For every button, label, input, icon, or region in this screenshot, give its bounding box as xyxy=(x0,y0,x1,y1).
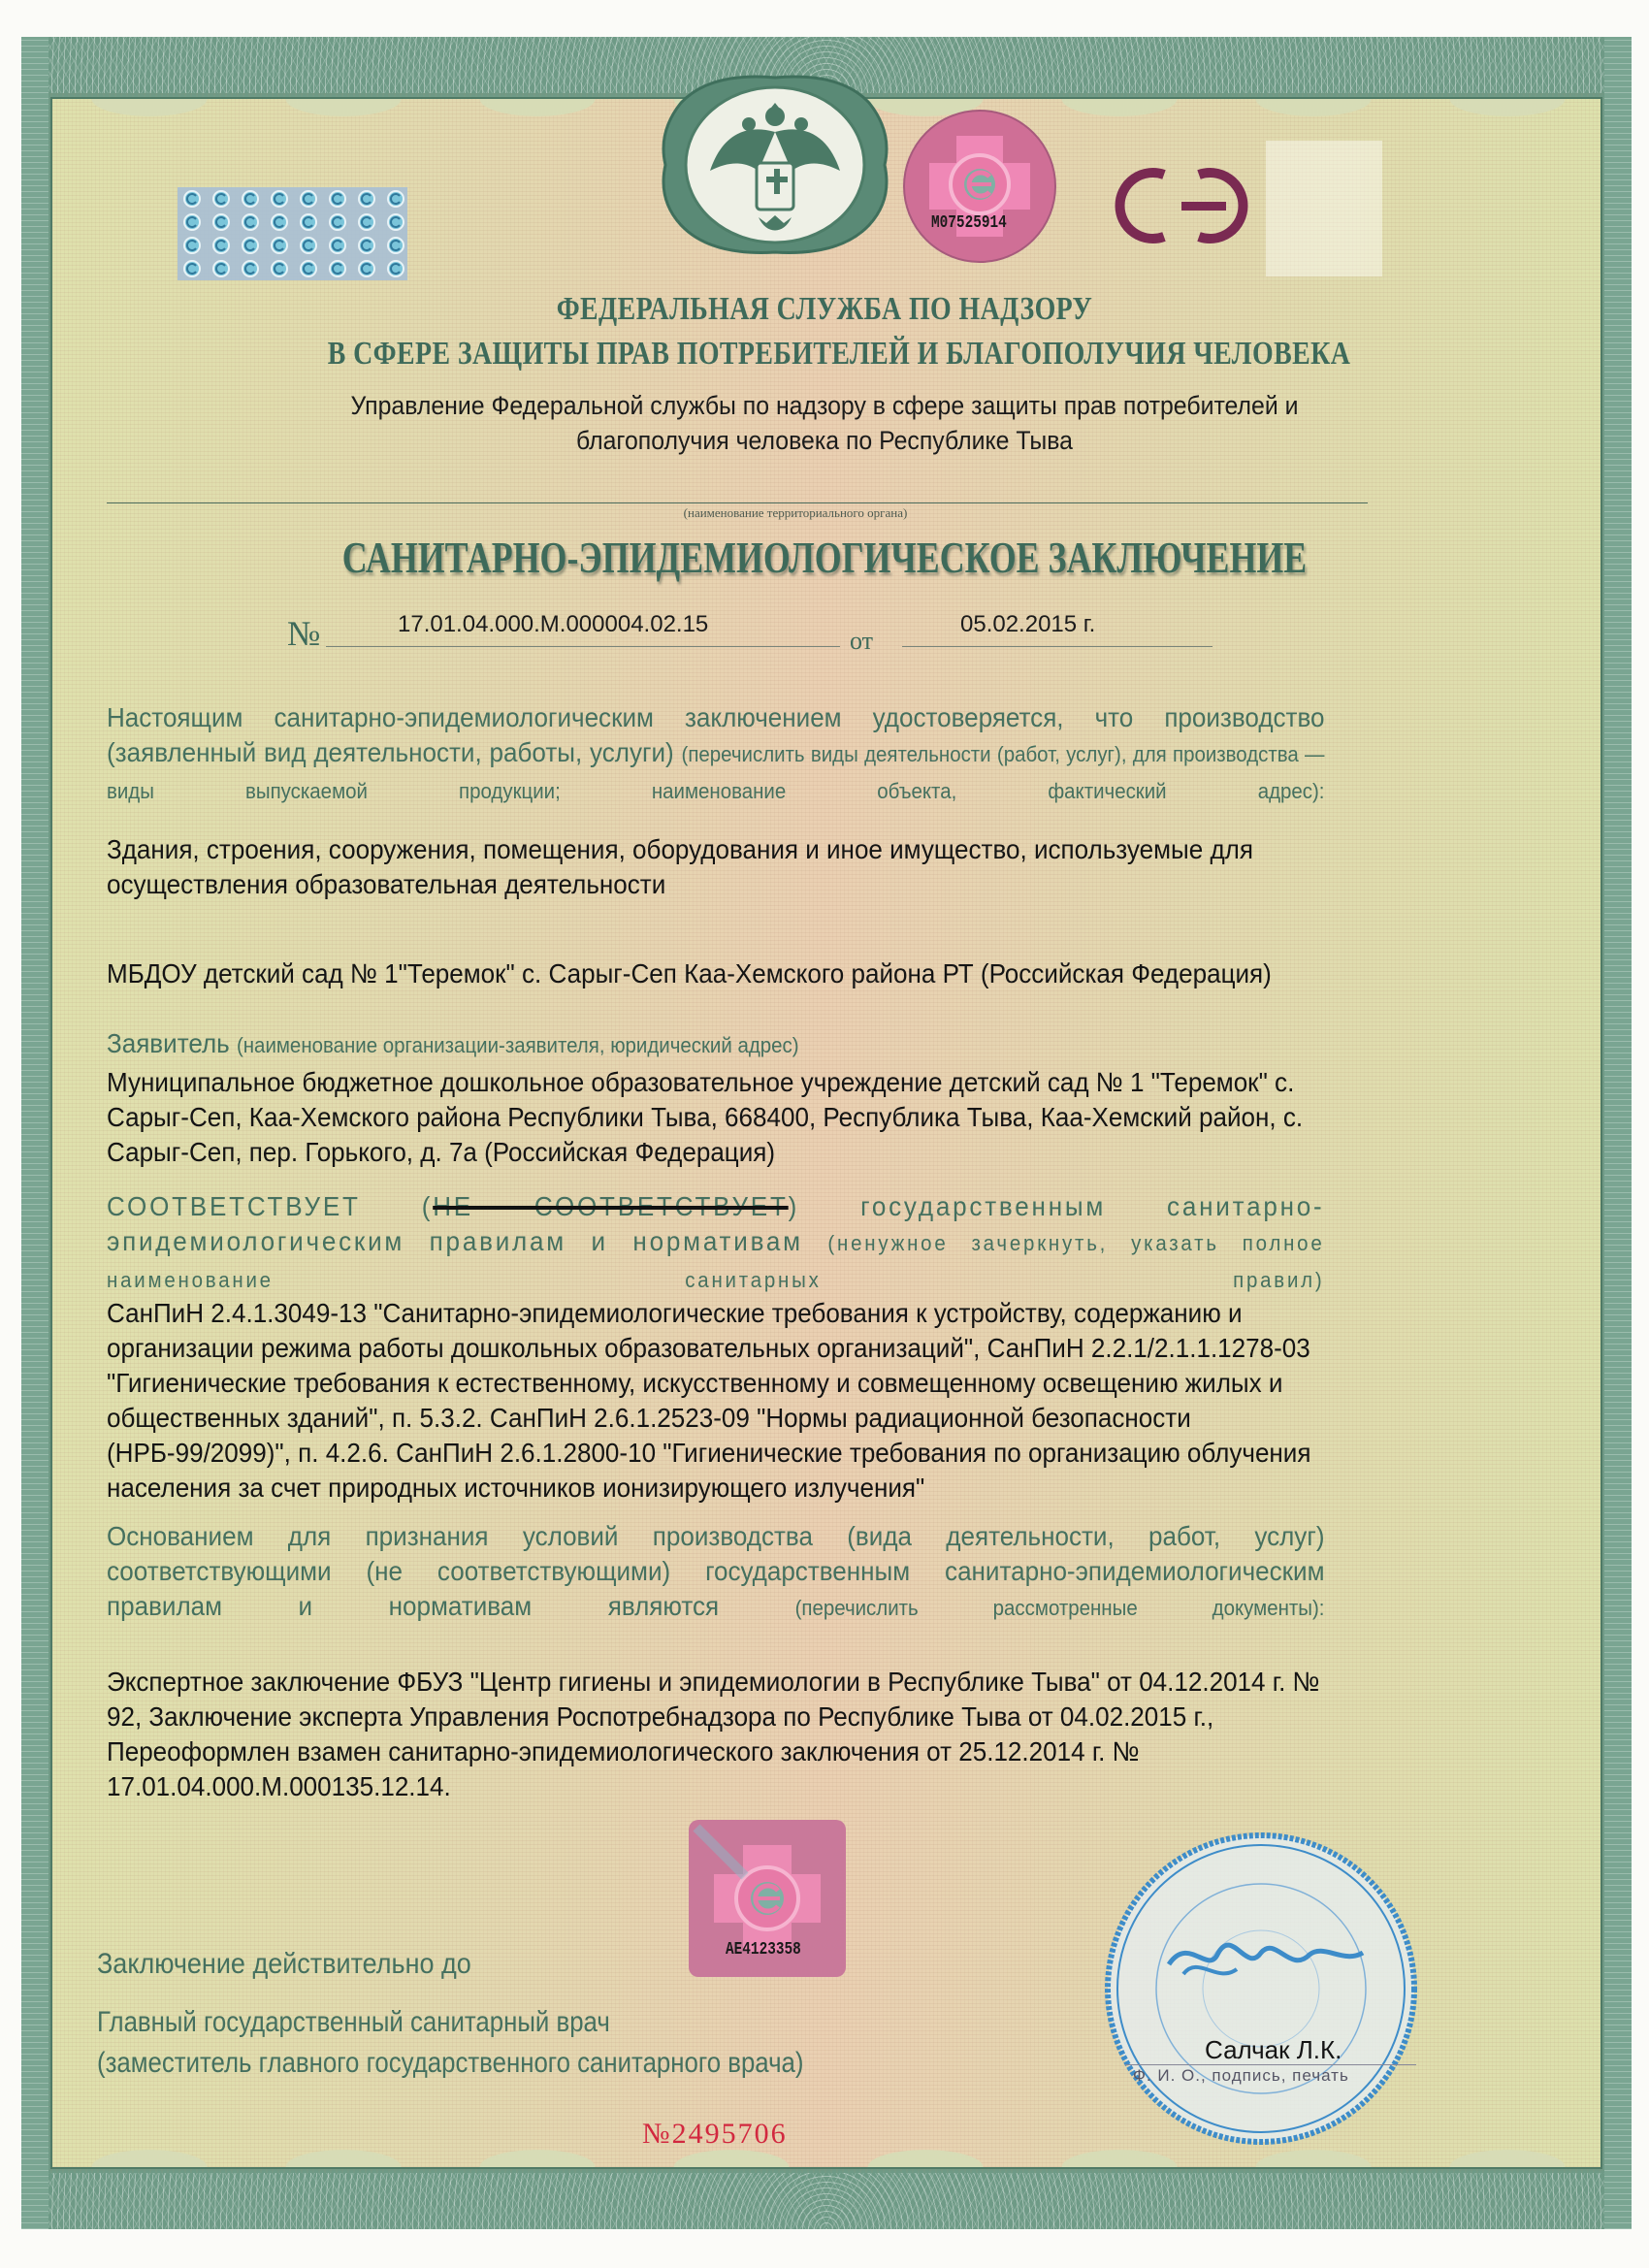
form-serial-number: №2495706 xyxy=(642,2118,788,2151)
document-date: 05.02.2015 г. xyxy=(960,611,1095,638)
territorial-body: Управление Федеральной службы по надзору… xyxy=(164,388,1485,458)
number-underline xyxy=(326,646,840,647)
object-description: МБДОУ детский сад № 1"Теремок" с. Сарыг-… xyxy=(107,956,1325,991)
applicant-label-line: Заявитель (наименование организации-заяв… xyxy=(107,1026,1325,1063)
hologram-strip-icon xyxy=(178,187,407,280)
territorial-body-caption: (наименование территориального органа) xyxy=(485,505,1106,521)
certification-intro: Настоящим санитарно-эпидемиологическим з… xyxy=(107,700,1325,809)
applicant-label: Заявитель xyxy=(107,1028,230,1058)
agency-title-line2: В СФЕРЕ ЗАЩИТЫ ПРАВ ПОТРЕБИТЕЛЕЙ И БЛАГО… xyxy=(271,336,1408,373)
hologram-seal-round: M07525914 xyxy=(902,109,1057,264)
date-from-label: от xyxy=(850,627,873,656)
paper-patch xyxy=(1266,141,1382,276)
date-underline xyxy=(902,646,1212,647)
validity-label: Заключение действительно до xyxy=(97,1948,471,1981)
activity-description: Здания, строения, сооружения, помещения,… xyxy=(107,832,1325,902)
hologram-bottom-serial: AE4123358 xyxy=(726,1940,801,1960)
se-logo-icon xyxy=(1096,157,1251,254)
double-headed-eagle-emblem-icon xyxy=(652,64,898,264)
basis-statement: Основанием для признания условий произво… xyxy=(107,1519,1325,1626)
chief-doctor-deputy: (заместитель главного государственного с… xyxy=(97,2047,803,2080)
document-number-line: № 17.01.04.000.М.000004.02.15 от 05.02.2… xyxy=(281,605,1368,654)
hologram-seal-square: AE4123358 xyxy=(687,1818,848,1979)
document-number: 17.01.04.000.М.000004.02.15 xyxy=(398,611,708,638)
compliance-statement: СООТВЕТСТВУЕТ (НЕ СООТВЕТСТВУЕТ) государ… xyxy=(107,1189,1325,1298)
signer-caption: Ф. И. О., подпись, печать xyxy=(1133,2066,1349,2086)
guilloche-border-right xyxy=(1604,37,1632,2229)
guilloche-border-left xyxy=(21,37,48,2229)
sanitary-rules-list: СанПиН 2.4.1.3049-13 "Санитарно-эпидемио… xyxy=(107,1296,1325,1506)
number-sign: № xyxy=(287,613,320,654)
basis-documents: Экспертное заключение ФБУЗ "Центр гигиен… xyxy=(107,1665,1325,1804)
agency-title-line1: ФЕДЕРАЛЬНАЯ СЛУЖБА ПО НАДЗОРУ xyxy=(387,291,1262,328)
document-title: САНИТАРНО-ЭПИДЕМИОЛОГИЧЕСКОЕ ЗАКЛЮЧЕНИЕ xyxy=(295,532,1354,583)
chief-doctor-title: Главный государственный санитарный врач xyxy=(97,2006,610,2039)
signer-name: Салчак Л.К. xyxy=(1205,2035,1342,2065)
signature-underline xyxy=(1125,2064,1416,2065)
territorial-body-underline xyxy=(107,502,1368,503)
compliance-struck-option: НЕ СООТВЕТСТВУЕТ xyxy=(433,1191,788,1221)
guilloche-border-bottom xyxy=(21,2173,1632,2229)
wave-ornament-bottom xyxy=(52,2146,1600,2167)
territorial-body-line2: благополучия человека по Республике Тыва xyxy=(164,423,1485,458)
applicant-hint: (наименование организации-заявителя, юри… xyxy=(237,1033,799,1057)
compliance-status: СООТВЕТСТВУЕТ xyxy=(107,1191,361,1221)
official-stamp-icon xyxy=(1101,1829,1421,2149)
basis-hint: (перечислить рассмотренные документы): xyxy=(795,1596,1325,1620)
applicant-value: Муниципальное бюджетное дошкольное образ… xyxy=(107,1065,1325,1170)
hologram-top-serial: M07525914 xyxy=(931,213,1007,233)
territorial-body-line1: Управление Федеральной службы по надзору… xyxy=(164,388,1485,423)
